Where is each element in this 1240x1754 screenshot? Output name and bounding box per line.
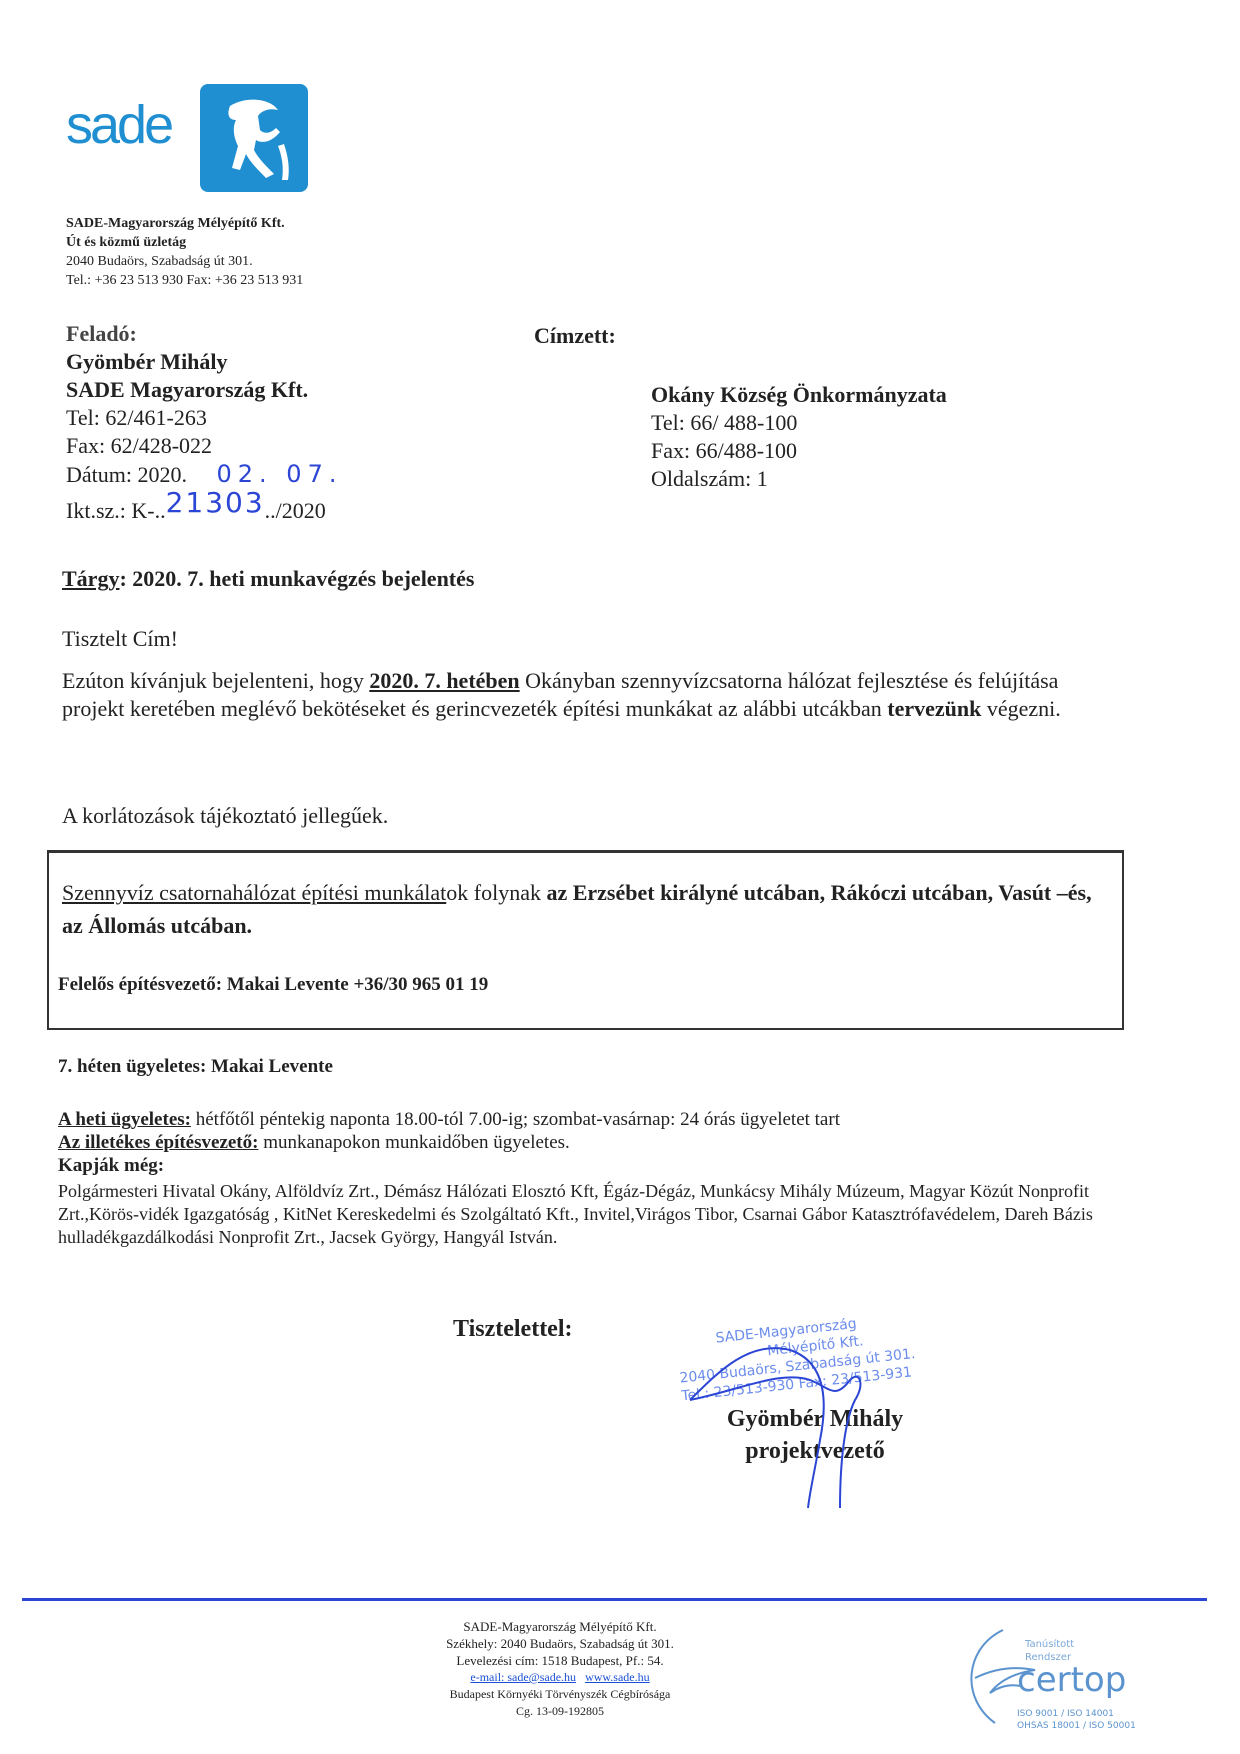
footer-seat: Székhely: 2040 Budaörs, Szabadság út 301… [380, 1635, 740, 1652]
sender-name: Gyömbér Mihály [66, 348, 342, 376]
certop-iso: OHSAS 18001 / ISO 50001 [1017, 1720, 1136, 1732]
recipient-block: Okány Község Önkormányzata Tel: 66/ 488-… [651, 381, 947, 493]
notice-plain: ok folynak [446, 880, 546, 905]
sender-date: Dátum: 2020. 02. 07. [66, 460, 342, 489]
sender-block: Feladó: Gyömbér Mihály SADE Magyarország… [66, 320, 342, 525]
footer-mail: Levelezési cím: 1518 Budapest, Pf.: 54. [380, 1652, 740, 1669]
footer-email-link[interactable]: e-mail: sade@sade.hu [470, 1670, 576, 1684]
greeting: Tisztelt Cím! [62, 626, 178, 652]
cc-list: Polgármesteri Hivatal Okány, Alföldvíz Z… [58, 1180, 1138, 1249]
ref-suffix: ../2020 [265, 498, 326, 523]
footer: SADE-Magyarország Mélyépítő Kft. Székhel… [380, 1618, 740, 1720]
body-bold: tervezünk [887, 696, 981, 721]
letterhead-phone: Tel.: +36 23 513 930 Fax: +36 23 513 931 [66, 271, 303, 290]
handwritten-ref: 21303 [166, 486, 265, 519]
manager-text: munkanapokon munkaidőben ügyeletes. [258, 1132, 569, 1153]
handwritten-signature-icon [640, 1330, 940, 1515]
subject-line: Tárgy: 2020. 7. heti munkavégzés bejelen… [62, 566, 474, 592]
sade-logo-icon [200, 84, 308, 192]
cc-label: Kapják még: [58, 1154, 1138, 1177]
letterhead-division: Út és közmű üzletág [66, 233, 303, 252]
sender-company: SADE Magyarország Kft. [66, 376, 342, 404]
footer-court: Budapest Környéki Törvényszék Cégbíróság… [380, 1686, 740, 1703]
body-text: Ezúton kívánjuk bejelenteni, hogy [62, 668, 369, 693]
duty-schedule: A heti ügyeletes: hétfőtől péntekig napo… [58, 1108, 1138, 1177]
footer-web-link[interactable]: www.sade.hu [585, 1670, 650, 1684]
sender-label: Feladó: [66, 320, 342, 348]
reference-number: Ikt.sz.: K-..21303../2020 [66, 495, 342, 525]
notice-text: Szennyvíz csatornahálózat építési munkál… [62, 876, 1112, 942]
certop-caption: Tanúsított [1025, 1638, 1074, 1651]
weekly-duty-label: A heti ügyeletes: [58, 1109, 191, 1130]
footer-reg: Cg. 13-09-192805 [380, 1703, 740, 1720]
sender-fax: Fax: 62/428-022 [66, 432, 342, 460]
recipient-fax: Fax: 66/488-100 [651, 437, 947, 465]
letterhead-street: 2040 Budaörs, Szabadság út 301. [66, 252, 303, 271]
certop-logo: Tanúsított Rendszer certop ISO 9001 / IS… [945, 1618, 1165, 1748]
on-duty: 7. héten ügyeletes: Makai Levente [58, 1056, 333, 1078]
footer-company: SADE-Magyarország Mélyépítő Kft. [380, 1618, 740, 1635]
recipient-label: Címzett: [534, 323, 616, 349]
recipient-tel: Tel: 66/ 488-100 [651, 409, 947, 437]
manager-label: Az illetékes építésvezető: [58, 1132, 258, 1153]
recipient-name: Okány Község Önkormányzata [651, 381, 947, 409]
restrictions-note: A korlátozások tájékoztató jellegűek. [62, 803, 388, 829]
ref-prefix: Ikt.sz.: K-.. [66, 498, 166, 523]
sender-tel: Tel: 62/461-263 [66, 404, 342, 432]
certop-brand: certop [1017, 1662, 1126, 1698]
body-text: végezni. [981, 696, 1060, 721]
certop-iso: ISO 9001 / ISO 14001 [1017, 1708, 1136, 1720]
date-label: Dátum: 2020. [66, 462, 187, 487]
page-number: Oldalszám: 1 [651, 465, 947, 493]
body-paragraph: Ezúton kívánjuk bejelenteni, hogy 2020. … [62, 667, 1122, 723]
subject-text: : 2020. 7. heti munkavégzés bejelentés [119, 566, 474, 591]
body-highlight: 2020. 7. hetében [369, 668, 519, 693]
weekly-duty-text: hétfőtől péntekig naponta 18.00-tól 7.00… [191, 1109, 840, 1130]
closing: Tisztelettel: [453, 1316, 573, 1343]
subject-label: Tárgy [62, 566, 119, 591]
responsible-manager: Felelős építésvezető: Makai Levente +36/… [58, 974, 488, 996]
letterhead-address: SADE-Magyarország Mélyépítő Kft. Út és k… [66, 214, 303, 290]
sade-logo-text: sade [66, 98, 171, 152]
handwritten-date: 02. 07. [217, 460, 343, 488]
letterhead-company: SADE-Magyarország Mélyépítő Kft. [66, 214, 303, 233]
notice-underlined: Szennyvíz csatornahálózat építési munkál… [62, 880, 446, 905]
footer-divider [22, 1598, 1207, 1601]
